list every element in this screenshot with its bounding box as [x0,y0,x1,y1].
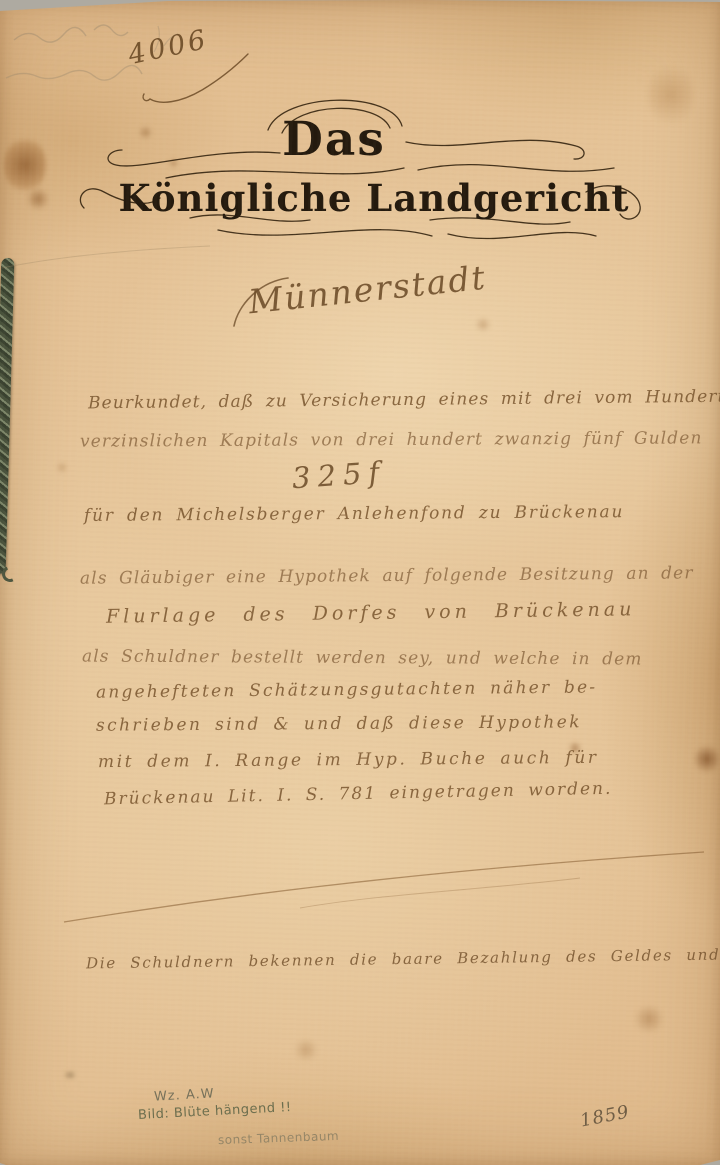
closing-line: Die Schuldnern bekennen die baare Bezahl… [86,946,720,973]
body-line: als Schuldner bestellt werden sey, und w… [82,647,643,670]
body-line: Flurlage des Dorfes von Brückenau [106,598,636,627]
body-line: schrieben sind & und daß diese Hypothek [96,712,582,735]
stain [56,462,68,473]
document-scan: 4006 Das Königliche Landgericht [0,0,720,1165]
stain [694,744,720,774]
title-das: Das [0,112,694,167]
stain [474,318,492,331]
body-line: mit dem I. Range im Hyp. Buche auch für [98,748,599,772]
place-name-swash [228,272,308,332]
body-line: für den Michelsberger Anlehenfond zu Brü… [84,502,624,526]
title-koenigliche-landgericht: Königliche Landgericht [14,176,720,220]
amount: 325f [291,455,387,495]
binding-thread [0,258,14,574]
body-line: Beurkundet, daß zu Versicherung eines mi… [88,387,720,414]
stain [632,1006,666,1032]
body-line: als Gläubiger eine Hypothek auf folgende… [80,563,694,588]
pen-flourish [60,838,710,938]
watermark-note-line1: Wz. A.W [154,1086,215,1104]
stain [292,1040,320,1060]
body-line: Brückenau Lit. I. S. 781 eingetragen wor… [104,779,613,810]
watermark-note-line3: sonst Tannenbaum [218,1129,340,1147]
stain [62,1072,78,1078]
body-line: verzinslichen Kapitals von drei hundert … [80,428,703,451]
body-line: angehefteten Schätzungsgutachten näher b… [96,677,597,702]
year-note: 1859 [578,1101,631,1131]
aged-paper-page: 4006 Das Königliche Landgericht [0,0,720,1165]
